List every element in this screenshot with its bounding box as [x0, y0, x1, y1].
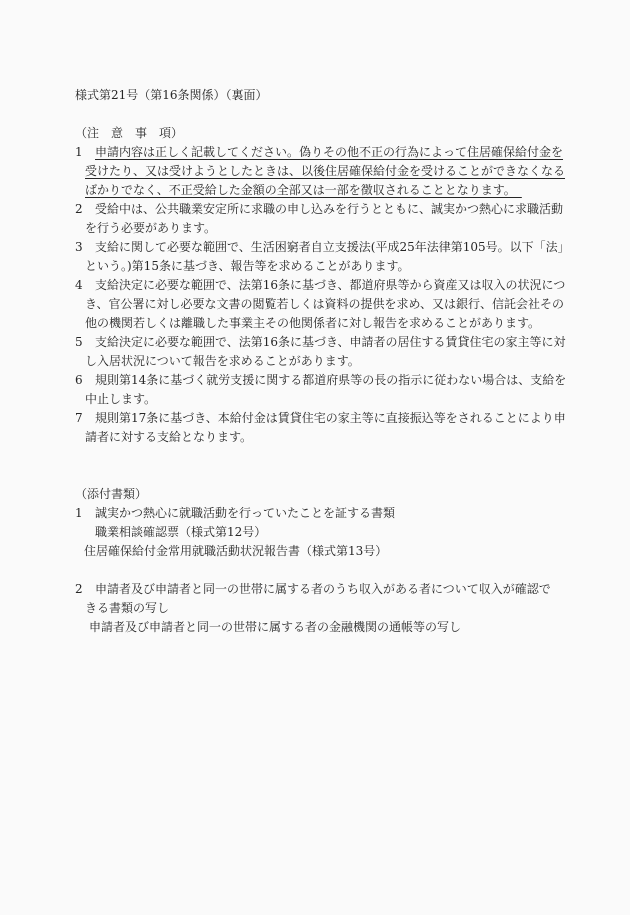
note-5-line-2: し入居状況について報告を求めることがあります。	[75, 352, 575, 371]
note-2-text-1: 受給中は、公共職業安定所に求職の申し込みを行うとともに、誠実かつ熱心に求職活動	[95, 202, 563, 216]
note-1-number: 1	[75, 143, 95, 162]
note-4-text-3: 他の機関若しくは離職した事業主その他関係者に対し報告を求めることがあります。	[85, 316, 540, 330]
attachment-1-text-2: 職業相談確認票（様式第12号）	[95, 525, 266, 539]
note-4-number: 4	[75, 276, 95, 295]
note-7-text-2: 請者に対する支給となります。	[85, 430, 252, 444]
attachments-title: （添付書類）	[75, 485, 575, 504]
spacer	[75, 561, 575, 580]
note-1-line-2: 受けたり、又は受けようとしたときは、以後住居確保給付金を受けることができなくなる	[75, 162, 575, 181]
attachment-2-text-3: 申請者及び申請者と同一の世帯に属する者の金融機関の通帳等の写し	[89, 620, 461, 634]
note-2-line-2: を行う必要があります。	[75, 219, 575, 238]
note-7-number: 7	[75, 409, 95, 428]
note-3-text-2: という。)第15条に基づき、報告等を求めることがあります。	[85, 259, 410, 273]
note-7-line-2: 請者に対する支給となります。	[75, 428, 575, 447]
note-6-text-2: 中止します。	[85, 392, 156, 406]
attachment-1-number: 1	[75, 504, 95, 523]
note-3-number: 3	[75, 238, 95, 257]
note-1-line-3: ばかりでなく、不正受給した金額の全部又は一部を徴収されることとなります。	[75, 181, 575, 200]
document-content: 様式第21号（第16条関係）（裏面） （注 意 事 項） 1申請内容は正しく記載…	[75, 86, 575, 637]
note-3-text-1: 支給に関して必要な範囲で、生活困窮者自立支援法(平成25年法律第105号。以下「…	[95, 240, 570, 254]
note-6-line-1: 6規則第14条に基づく就労支援に関する都道府県等の長の指示に従わない場合は、支給…	[75, 371, 575, 390]
note-7-line-1: 7規則第17条に基づき、本給付金は賃貸住宅の家主等に直接振込等をされることにより…	[75, 409, 575, 428]
attachment-1-line-1: 1誠実かつ熱心に就職活動を行っていたことを証する書類	[75, 504, 575, 523]
note-1-text-3: ばかりでなく、不正受給した金額の全部又は一部を徴収されることとなります。	[85, 183, 522, 197]
attachment-2-number: 2	[75, 580, 95, 599]
note-2-line-1: 2受給中は、公共職業安定所に求職の申し込みを行うとともに、誠実かつ熱心に求職活動	[75, 200, 575, 219]
document-page: 様式第21号（第16条関係）（裏面） （注 意 事 項） 1申請内容は正しく記載…	[0, 0, 630, 915]
spacer	[75, 466, 575, 485]
note-4-line-2: き、官公署に対し必要な文書の閲覧若しくは資料の提供を求め、又は銀行、信託会社その	[75, 295, 575, 314]
spacer	[75, 105, 575, 124]
notes-title: （注 意 事 項）	[75, 124, 575, 143]
note-3-line-1: 3支給に関して必要な範囲で、生活困窮者自立支援法(平成25年法律第105号。以下…	[75, 238, 575, 257]
attachment-1-text-1: 誠実かつ熱心に就職活動を行っていたことを証する書類	[95, 506, 395, 520]
note-6-text-1: 規則第14条に基づく就労支援に関する都道府県等の長の指示に従わない場合は、支給を	[95, 373, 566, 387]
attachment-2-line-2: きる書類の写し	[75, 599, 575, 618]
attachment-2-line-3: 申請者及び申請者と同一の世帯に属する者の金融機関の通帳等の写し	[75, 618, 575, 637]
attachment-1-text-3: 住居確保給付金常用就職活動状況報告書（様式第13号）	[84, 544, 387, 558]
attachment-2-text-2: きる書類の写し	[85, 601, 169, 615]
note-3-line-2: という。)第15条に基づき、報告等を求めることがあります。	[75, 257, 575, 276]
note-5-text-1: 支給決定に必要な範囲で、法第16条に基づき、申請者の居住する賃貸住宅の家主等に対	[95, 335, 566, 349]
note-6-number: 6	[75, 371, 95, 390]
note-4-line-1: 4支給決定に必要な範囲で、法第16条に基づき、都道府県等から資産又は収入の状況に…	[75, 276, 575, 295]
form-header: 様式第21号（第16条関係）（裏面）	[75, 86, 575, 105]
note-4-text-2: き、官公署に対し必要な文書の閲覧若しくは資料の提供を求め、又は銀行、信託会社その	[85, 297, 564, 311]
spacer	[75, 447, 575, 466]
note-2-text-2: を行う必要があります。	[85, 221, 216, 235]
note-1-text-1: 申請内容は正しく記載してください。偽りその他不正の行為によって住居確保給付金を	[95, 145, 563, 159]
note-7-text-1: 規則第17条に基づき、本給付金は賃貸住宅の家主等に直接振込等をされることにより申	[95, 411, 566, 425]
note-5-number: 5	[75, 333, 95, 352]
note-4-line-3: 他の機関若しくは離職した事業主その他関係者に対し報告を求めることがあります。	[75, 314, 575, 333]
attachment-1-line-2: 職業相談確認票（様式第12号）	[75, 523, 575, 542]
note-5-text-2: し入居状況について報告を求めることがあります。	[85, 354, 360, 368]
note-4-text-1: 支給決定に必要な範囲で、法第16条に基づき、都道府県等から資産又は収入の状況につ	[95, 278, 565, 292]
note-5-line-1: 5支給決定に必要な範囲で、法第16条に基づき、申請者の居住する賃貸住宅の家主等に…	[75, 333, 575, 352]
attachment-1-line-3: 住居確保給付金常用就職活動状況報告書（様式第13号）	[75, 542, 575, 561]
note-6-line-2: 中止します。	[75, 390, 575, 409]
note-2-number: 2	[75, 200, 95, 219]
note-1-line-1: 1申請内容は正しく記載してください。偽りその他不正の行為によって住居確保給付金を	[75, 143, 575, 162]
attachment-2-text-1: 申請者及び申請者と同一の世帯に属する者のうち収入がある者について収入が確認で	[95, 582, 551, 596]
attachment-2-line-1: 2申請者及び申請者と同一の世帯に属する者のうち収入がある者について収入が確認で	[75, 580, 575, 599]
note-1-text-2: 受けたり、又は受けようとしたときは、以後住居確保給付金を受けることができなくなる	[85, 164, 565, 178]
